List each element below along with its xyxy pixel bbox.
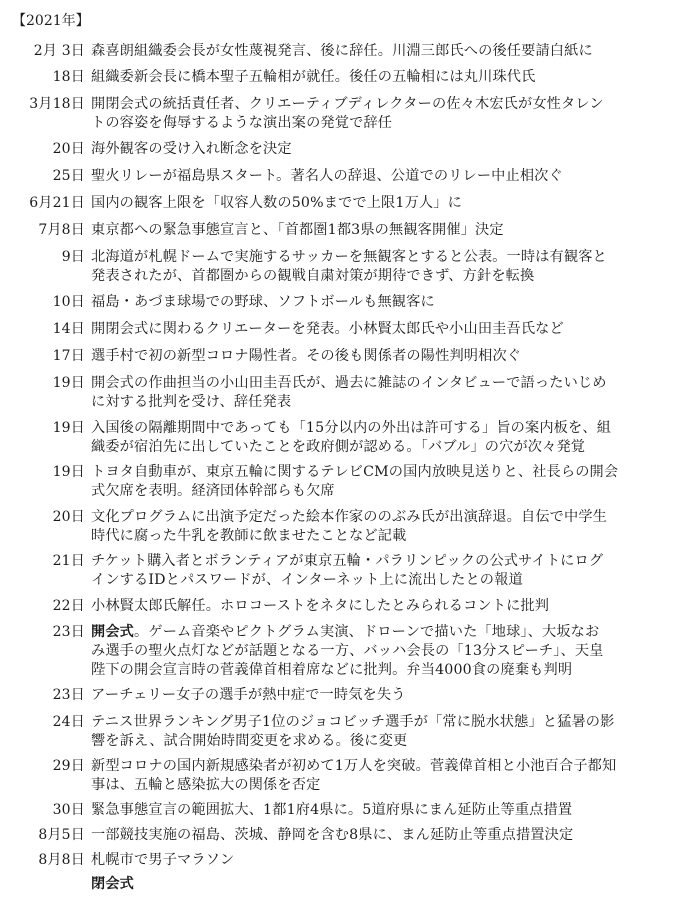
- entry-text: テニス世界ランキング男子1位のジョコビッチ選手が「常に脱水状態」と猛暑の影 響を…: [91, 713, 681, 751]
- entry-text: 入国後の隔離期間中であっても「15分以内の外出は許可する」旨の案内板を、組 織委…: [91, 419, 681, 457]
- entry-date: 20日: [53, 508, 85, 527]
- entry-text: トヨタ自動車が、東京五輪に関するテレビCMの国内放映見送りと、社長らの開会 式欠…: [91, 463, 681, 501]
- entry-line: 開閉会式の統括責任者、クリエーティブディレクターの佐々木宏氏が女性タレン: [91, 95, 681, 114]
- entry-line: 札幌市で男子マラソン: [91, 851, 681, 870]
- entry-line: 一部競技実施の福島、茨城、静岡を含む8県に、まん延防止等重点措置決定: [91, 826, 681, 845]
- entry-text: チケット購入者とボランティアが東京五輪・パラリンピックの公式サイトにログ インす…: [91, 552, 681, 590]
- entry-line: インするIDとパスワードが、インターネット上に流出したとの報道: [91, 571, 681, 590]
- opening-ceremony-label: 開会式: [91, 624, 134, 640]
- entry-line: アーチェリー女子の選手が熱中症で一時気を失う: [91, 686, 681, 705]
- entry-date: 10日: [53, 293, 85, 312]
- entry-text: 森喜朗組織委会長が女性蔑視発言、後に辞任。川淵三郎氏への後任要請白紙に: [91, 42, 681, 61]
- entry-date: 3月18日: [29, 95, 85, 114]
- entry-text: 緊急事態宣言の範囲拡大、1都1府4県に。5道府県にまん延防止等重点措置: [91, 801, 681, 820]
- entry-line: トの容姿を侮辱するような演出案の発覚で辞任: [91, 114, 681, 133]
- entry-text: 東京都への緊急事態宣言と、「首都圏1都3県の無観客開催」決定: [91, 221, 681, 240]
- entry-line: 福島・あづま球場での野球、ソフトボールも無観客に: [91, 293, 681, 312]
- entry-date: 23日: [53, 623, 85, 642]
- entry-date: 8月8日: [38, 851, 85, 870]
- entry-date: 19日: [53, 374, 85, 393]
- entry-date: 21日: [53, 552, 85, 571]
- entry-text: 聖火リレーが福島県スタート。著名人の辞退、公道でのリレー中止相次ぐ: [91, 167, 681, 186]
- entry-line: 国内の観客上限を「収容人数の50%までで上限1万人」に: [91, 194, 681, 213]
- entry-date: 14日: [53, 320, 85, 339]
- entry-line: 文化プログラムに出演予定だった絵本作家ののぶみ氏が出演辞退。自伝で中学生: [91, 508, 681, 527]
- closing-ceremony-label: 閉会式: [91, 876, 134, 892]
- entry-text: 海外観客の受け入れ断念を決定: [91, 140, 681, 159]
- entry-line: チケット購入者とボランティアが東京五輪・パラリンピックの公式サイトにログ: [91, 552, 681, 571]
- entry-text: 札幌市で男子マラソン: [91, 851, 681, 870]
- entry-text: アーチェリー女子の選手が熱中症で一時気を失う: [91, 686, 681, 705]
- entry-date: 7月8日: [38, 221, 85, 240]
- entry-date: 19日: [53, 419, 85, 438]
- year-heading: 【2021年】: [12, 12, 90, 30]
- entry-line: 海外観客の受け入れ断念を決定: [91, 140, 681, 159]
- entry-line: み選手の聖火点灯などが話題となる一方、バッハ会長の「13分スピーチ」、天皇: [91, 642, 681, 661]
- entry-line: 開閉会式に関わるクリエーターを発表。小林賢太郎氏や小山田圭吾氏など: [91, 320, 681, 339]
- entry-text: 開閉会式の統括責任者、クリエーティブディレクターの佐々木宏氏が女性タレン トの容…: [91, 95, 681, 133]
- entry-text: 文化プログラムに出演予定だった絵本作家ののぶみ氏が出演辞退。自伝で中学生 時代に…: [91, 508, 681, 546]
- entry-date: 22日: [53, 597, 85, 616]
- entry-line: 発表されたが、首都圏からの観戦自粛対策が期待できず、方針を転換: [91, 267, 681, 286]
- entry-date: 23日: [53, 686, 85, 705]
- entry-line: 時代に腐った牛乳を教師に飲ませたことなど記載: [91, 527, 681, 546]
- entry-date: 25日: [53, 167, 85, 186]
- entry-text: 新型コロナの国内新規感染者が初めて1万人を突破。菅義偉首相と小池百合子都知 事は…: [91, 757, 681, 795]
- entry-line: トヨタ自動車が、東京五輪に関するテレビCMの国内放映見送りと、社長らの開会: [91, 463, 681, 482]
- entry-date: 18日: [53, 68, 85, 87]
- entry-line: 開会式の作曲担当の小山田圭吾氏が、過去に雑誌のインタビューで語ったいじめ: [91, 374, 681, 393]
- entry-date: 20日: [53, 140, 85, 159]
- entry-text: 福島・あづま球場での野球、ソフトボールも無観客に: [91, 293, 681, 312]
- entry-line: 選手村で初の新型コロナ陽性者。その後も関係者の陽性判明相次ぐ: [91, 347, 681, 366]
- entry-date: 9日: [62, 248, 85, 267]
- entry-line: 式欠席を表明。経済団体幹部らも欠席: [91, 482, 681, 501]
- entry-line: 陛下の開会宣言時の菅義偉首相着席などに批判。弁当4000食の廃棄も判明: [91, 661, 681, 680]
- entry-line: 事は、五輪と感染拡大の関係を否定: [91, 776, 681, 795]
- entry-date: 29日: [53, 757, 85, 776]
- entry-line: 入国後の隔離期間中であっても「15分以内の外出は許可する」旨の案内板を、組: [91, 419, 681, 438]
- entry-line: 織委が宿泊先に出していたことを政府側が認める。「バブル」の穴が次々発覚: [91, 438, 681, 457]
- entry-date: 8月5日: [38, 826, 85, 845]
- entry-line: 緊急事態宣言の範囲拡大、1都1府4県に。5道府県にまん延防止等重点措置: [91, 801, 681, 820]
- entry-line: 小林賢太郎氏解任。ホロコーストをネタにしたとみられるコントに批判: [91, 597, 681, 616]
- entry-line: 森喜朗組織委会長が女性蔑視発言、後に辞任。川淵三郎氏への後任要請白紙に: [91, 42, 681, 61]
- entry-date: 6月21日: [29, 194, 85, 213]
- entry-text: 一部競技実施の福島、茨城、静岡を含む8県に、まん延防止等重点措置決定: [91, 826, 681, 845]
- entry-line: 組織委新会長に橋本聖子五輪相が就任。後任の五輪相には丸川珠代氏: [91, 68, 681, 87]
- entry-text: 開閉会式に関わるクリエーターを発表。小林賢太郎氏や小山田圭吾氏など: [91, 320, 681, 339]
- entry-date: 30日: [53, 801, 85, 820]
- entry-line: 新型コロナの国内新規感染者が初めて1万人を突破。菅義偉首相と小池百合子都知: [91, 757, 681, 776]
- entry-text: 国内の観客上限を「収容人数の50%までで上限1万人」に: [91, 194, 681, 213]
- entry-date: 24日: [53, 713, 85, 732]
- entry-line: に対する批判を受け、辞任発表: [91, 393, 681, 412]
- entry-text: 選手村で初の新型コロナ陽性者。その後も関係者の陽性判明相次ぐ: [91, 347, 681, 366]
- entry-line: 聖火リレーが福島県スタート。著名人の辞退、公道でのリレー中止相次ぐ: [91, 167, 681, 186]
- entry-line: 響を訴え、試合開始時間変更を求める。後に変更: [91, 732, 681, 751]
- entry-text: 組織委新会長に橋本聖子五輪相が就任。後任の五輪相には丸川珠代氏: [91, 68, 681, 87]
- entry-text: 開会式の作曲担当の小山田圭吾氏が、過去に雑誌のインタビューで語ったいじめ に対す…: [91, 374, 681, 412]
- entry-date: 19日: [53, 463, 85, 482]
- entry-text: 小林賢太郎氏解任。ホロコーストをネタにしたとみられるコントに批判: [91, 597, 681, 616]
- entry-text: 閉会式: [91, 875, 681, 894]
- entry-text: 開会式。ゲーム音楽やピクトグラム実演、ドローンで描いた「地球」、大坂なお み選手…: [91, 623, 681, 680]
- entry-date: 2月 3日: [34, 42, 85, 61]
- entry-date: 17日: [53, 347, 85, 366]
- entry-text: 北海道が札幌ドームで実施するサッカーを無観客とすると公表。一時は有観客と 発表さ…: [91, 248, 681, 286]
- entry-line: テニス世界ランキング男子1位のジョコビッチ選手が「常に脱水状態」と猛暑の影: [91, 713, 681, 732]
- entry-line: 北海道が札幌ドームで実施するサッカーを無観客とすると公表。一時は有観客と: [91, 248, 681, 267]
- entry-line: 東京都への緊急事態宣言と、「首都圏1都3県の無観客開催」決定: [91, 221, 681, 240]
- entry-line: 。ゲーム音楽やピクトグラム実演、ドローンで描いた「地球」、大坂なお: [134, 624, 599, 640]
